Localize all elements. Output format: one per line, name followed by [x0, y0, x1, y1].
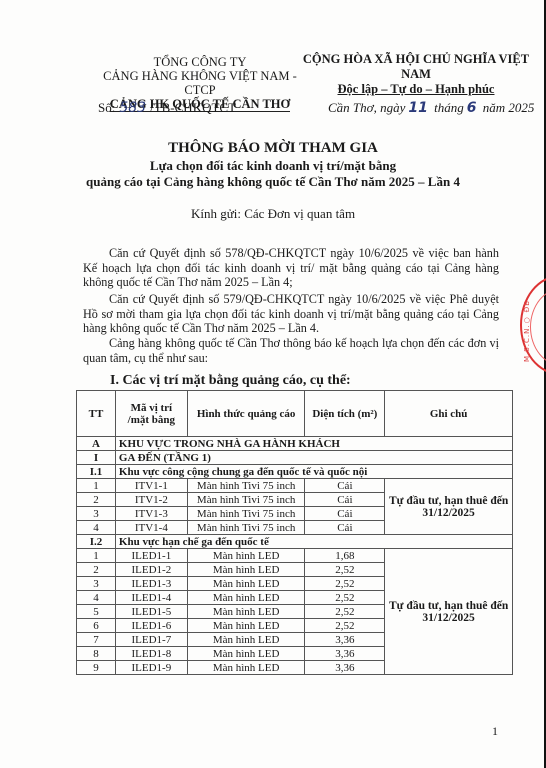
cell-tt: 4 [77, 591, 116, 605]
paragraph-basis-1: Căn cứ Quyết định số 578/QĐ-CHKQTCT ngày… [83, 246, 499, 290]
doc-no-label: Số: [98, 100, 115, 115]
paragraph-text: Căn cứ Quyết định số 578/QĐ-CHKQTCT ngày… [83, 246, 499, 289]
cell-type: Màn hình LED [187, 591, 305, 605]
section-tt: A [77, 437, 116, 451]
paragraph-text: Căn cứ Quyết định số 579/QĐ-CHKQTCT ngày… [83, 292, 499, 335]
cell-tt: 9 [77, 661, 116, 675]
cell-type: Màn hình LED [187, 605, 305, 619]
cell-area: Cái [305, 521, 385, 535]
cell-tt: 7 [77, 633, 116, 647]
cell-tt: 1 [77, 549, 116, 563]
section-row-i1: I.1 Khu vực công cộng chung ga đến quốc … [77, 465, 513, 479]
doc-no-suffix: /TB-CHKQTCT [150, 100, 236, 115]
cell-area: 2,52 [305, 577, 385, 591]
cell-tt: 6 [77, 619, 116, 633]
cell-code: ILED1-9 [115, 661, 187, 675]
cell-area: 2,52 [305, 619, 385, 633]
national-header: CỘNG HÒA XÃ HỘI CHỦ NGHĨA VIỆT NAM Độc l… [296, 52, 536, 97]
date-month: 6 [467, 100, 477, 116]
cell-tt: 1 [77, 479, 116, 493]
cell-code: ILED1-8 [115, 647, 187, 661]
paragraph-basis-2: Căn cứ Quyết định số 579/QĐ-CHKQTCT ngày… [83, 292, 499, 336]
place-date: Cần Thơ, ngày11 tháng6 năm 2025 [328, 100, 534, 116]
cell-tt: 8 [77, 647, 116, 661]
cell-area: Cái [305, 493, 385, 507]
cell-code: ILED1-1 [115, 549, 187, 563]
section-row-i: I GA ĐẾN (TẦNG 1) [77, 451, 513, 465]
table-row: 1 ITV1-1 Màn hình Tivi 75 inch Cái Tự đầ… [77, 479, 513, 493]
cell-tt: 3 [77, 577, 116, 591]
cell-type: Màn hình LED [187, 661, 305, 675]
page-number: 1 [492, 724, 498, 739]
cell-code: ILED1-6 [115, 619, 187, 633]
header-note: Ghi chú [385, 391, 513, 437]
issuer-parent-1: TỔNG CÔNG TY [100, 55, 300, 69]
year-label: năm 2025 [483, 100, 535, 115]
cell-area: 1,68 [305, 549, 385, 563]
national-motto: Độc lập – Tự do – Hạnh phúc [296, 82, 536, 97]
cell-area: 2,52 [305, 605, 385, 619]
cell-type: Màn hình LED [187, 549, 305, 563]
cell-tt: 2 [77, 563, 116, 577]
issuer-parent-2: CẢNG HÀNG KHÔNG VIỆT NAM - CTCP [100, 69, 300, 97]
cell-note: Tự đầu tư, hạn thuê đến 31/12/2025 [385, 479, 513, 535]
cell-area: 2,52 [305, 563, 385, 577]
cell-type: Màn hình LED [187, 633, 305, 647]
cell-type: Màn hình Tivi 75 inch [187, 521, 305, 535]
date-day: 11 [408, 100, 427, 116]
section-tt: I.1 [77, 465, 116, 479]
cell-type: Màn hình Tivi 75 inch [187, 479, 305, 493]
cell-code: ITV1-2 [115, 493, 187, 507]
document-subtitle-1: Lựa chọn đối tác kinh doanh vị trí/mặt b… [0, 158, 546, 174]
cell-code: ILED1-7 [115, 633, 187, 647]
header-type: Hình thức quảng cáo [187, 391, 305, 437]
cell-note: Tự đầu tư, hạn thuê đến 31/12/2025 [385, 549, 513, 675]
cell-tt: 2 [77, 493, 116, 507]
table-header-row: TT Mã vị trí /mặt bằng Hình thức quảng c… [77, 391, 513, 437]
recipient-line: Kính gửi: Các Đơn vị quan tâm [0, 206, 546, 222]
cell-code: ILED1-5 [115, 605, 187, 619]
cell-area: Cái [305, 507, 385, 521]
cell-code: ITV1-1 [115, 479, 187, 493]
place-label: Cần Thơ, ngày [328, 100, 405, 115]
section-label: GA ĐẾN (TẦNG 1) [115, 451, 512, 465]
cell-area: Cái [305, 479, 385, 493]
document-subtitle-2: quảng cáo tại Cảng hàng không quốc tế Cầ… [0, 174, 546, 190]
cell-code: ILED1-4 [115, 591, 187, 605]
cell-tt: 3 [77, 507, 116, 521]
section-label: KHU VỰC TRONG NHÀ GA HÀNH KHÁCH [115, 437, 512, 451]
table-row: 1 ILED1-1 Màn hình LED 1,68 Tự đầu tư, h… [77, 549, 513, 563]
cell-type: Màn hình Tivi 75 inch [187, 507, 305, 521]
red-seal-text: M.S.C.N.○ ĐB [523, 300, 531, 362]
country-name: CỘNG HÒA XÃ HỘI CHỦ NGHĨA VIỆT NAM [296, 52, 536, 82]
cell-type: Màn hình LED [187, 619, 305, 633]
cell-code: ITV1-3 [115, 507, 187, 521]
doc-no-value: 583 [119, 100, 146, 116]
cell-area: 2,52 [305, 591, 385, 605]
cell-area: 3,36 [305, 661, 385, 675]
cell-code: ITV1-4 [115, 521, 187, 535]
section-tt: I.2 [77, 535, 116, 549]
document-number: Số:583/TB-CHKQTCT [98, 100, 236, 116]
cell-code: ILED1-3 [115, 577, 187, 591]
cell-type: Màn hình Tivi 75 inch [187, 493, 305, 507]
locations-table: TT Mã vị trí /mặt bằng Hình thức quảng c… [76, 390, 513, 675]
section-row-a: A KHU VỰC TRONG NHÀ GA HÀNH KHÁCH [77, 437, 513, 451]
section-row-i2: I.2 Khu vực hạn chế ga đến quốc tế [77, 535, 513, 549]
cell-type: Màn hình LED [187, 647, 305, 661]
header-code: Mã vị trí /mặt bằng [115, 391, 187, 437]
cell-type: Màn hình LED [187, 577, 305, 591]
cell-tt: 5 [77, 605, 116, 619]
month-label: tháng [434, 100, 464, 115]
section-label: Khu vực hạn chế ga đến quốc tế [115, 535, 512, 549]
header-area: Diện tích (m²) [305, 391, 385, 437]
cell-type: Màn hình LED [187, 563, 305, 577]
paragraph-text: Cảng hàng không quốc tế Cần Thơ thông bá… [83, 336, 499, 365]
paragraph-announcement: Cảng hàng không quốc tế Cần Thơ thông bá… [83, 336, 499, 365]
cell-tt: 4 [77, 521, 116, 535]
header-tt: TT [77, 391, 116, 437]
document-title: THÔNG BÁO MỜI THAM GIA [0, 140, 546, 157]
section-label: Khu vực công cộng chung ga đến quốc tế v… [115, 465, 512, 479]
cell-area: 3,36 [305, 647, 385, 661]
cell-code: ILED1-2 [115, 563, 187, 577]
cell-area: 3,36 [305, 633, 385, 647]
section-tt: I [77, 451, 116, 465]
section-heading: I. Các vị trí mặt bằng quảng cáo, cụ thể… [110, 373, 351, 389]
